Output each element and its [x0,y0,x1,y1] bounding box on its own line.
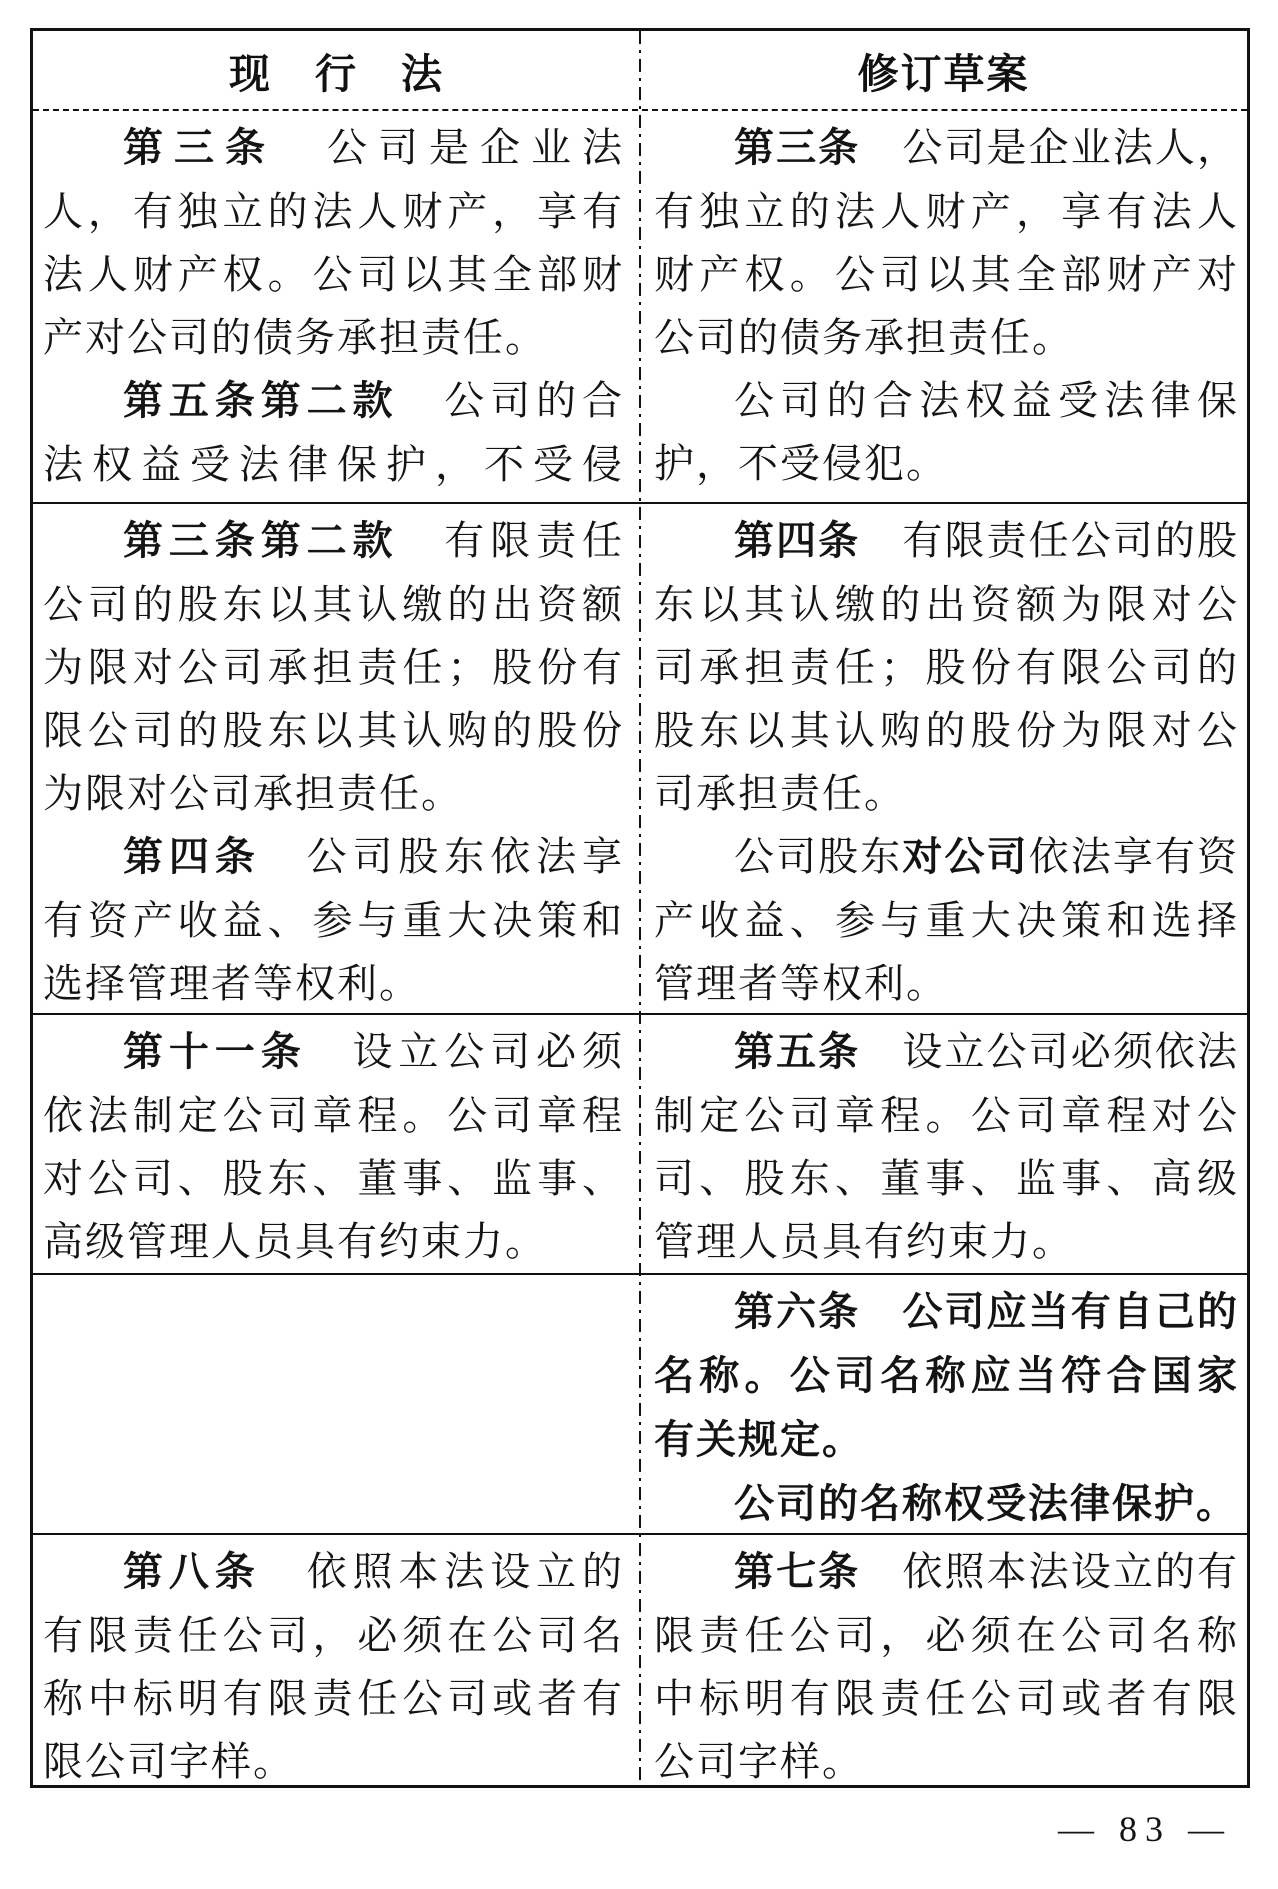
emphasized-text: 第八条 [123,1550,261,1594]
emphasized-text: 第三条 [734,126,860,170]
paragraph: 第四条 有限责任公司的股东以其认缴的出资额为限对公司承担责任；股份有限公司的股东… [654,509,1239,825]
paragraph: 第三条 公司是企业法人，有独立的法人财产，享有法人财产权。公司以其全部财产对公司… [654,116,1239,369]
paragraph: 公司的合法权益受法律保护，不受侵犯。 [654,369,1239,495]
emphasized-text: 第四条 [734,519,860,563]
cell-current-law: 第三条 公司是企业法人，有独立的法人财产，享有法人财产权。公司以其全部财产对公司… [33,111,640,502]
emphasized-text: 第七条 [734,1550,860,1594]
header-revision-draft: 修订草案 [640,31,1247,109]
cell-current-law [33,1275,640,1533]
emphasized-text: 第五条第二款 [123,379,398,423]
cell-revision-draft: 第三条 公司是企业法人，有独立的法人财产，享有法人财产权。公司以其全部财产对公司… [640,111,1247,502]
emphasized-text: 公司的名称权受法律保护。 [734,1482,1238,1526]
cell-revision-draft: 第四条 有限责任公司的股东以其认缴的出资额为限对公司承担责任；股份有限公司的股东… [640,504,1247,1013]
cell-revision-draft: 第五条 设立公司必须依法制定公司章程。公司章程对公司、股东、董事、监事、高级管理… [640,1015,1247,1273]
paragraph: 公司股东对公司依法享有资产收益、参与重大决策和选择管理者等权利。 [654,825,1239,1013]
paragraph: 第五条 设立公司必须依法制定公司章程。公司章程对公司、股东、董事、监事、高级管理… [654,1020,1239,1273]
emphasized-text: 第六条 [734,1290,860,1334]
paragraph: 第六条 公司应当有自己的名称。公司名称应当符合国家有关规定。 [654,1280,1239,1472]
paragraph: 公司的名称权受法律保护。 [654,1472,1239,1533]
paragraph: 第八条 依照本法设立的有限责任公司，必须在公司名称中标明有限责任公司或者有限公司… [43,1540,624,1788]
paragraph: 第十一条 设立公司必须依法制定公司章程。公司章程对公司、股东、董事、监事、高级管… [43,1020,624,1273]
body-text: 公司的合法权益受法律保护，不受侵犯。 [654,378,1239,486]
paragraph: 第三条第二款 有限责任公司的股东以其认缴的出资额为限对公司承担责任；股份有限公司… [43,509,624,825]
cell-revision-draft: 第六条 公司应当有自己的名称。公司名称应当符合国家有关规定。公司的名称权受法律保… [640,1275,1247,1533]
comparison-table: 现 行 法 修订草案 第三条 公司是企业法人，有独立的法人财产，享有法人财产权。… [30,28,1250,1788]
paragraph: 第五条第二款 公司的合法权益受法律保护，不受侵犯。 [43,369,624,502]
emphasized-text: 第五条 [734,1030,860,1074]
emphasized-text: 第四条 [123,835,261,879]
paragraph: 第三条 公司是企业法人，有独立的法人财产，享有法人财产权。公司以其全部财产对公司… [43,116,624,369]
paragraph: 第四条 公司股东依法享有资产收益、参与重大决策和选择管理者等权利。 [43,825,624,1013]
cell-current-law: 第三条第二款 有限责任公司的股东以其认缴的出资额为限对公司承担责任；股份有限公司… [33,504,640,1013]
paragraph: 第七条 依照本法设立的有限责任公司，必须在公司名称中标明有限责任公司或者有限公司… [654,1540,1239,1788]
column-divider-line [639,31,641,1785]
body-text: 公司股东 [734,834,902,879]
cell-current-law: 第八条 依照本法设立的有限责任公司，必须在公司名称中标明有限责任公司或者有限公司… [33,1535,640,1788]
emphasized-text: 第十一条 [123,1030,307,1074]
emphasized-text: 第三条第二款 [123,519,398,563]
cell-current-law: 第十一条 设立公司必须依法制定公司章程。公司章程对公司、股东、董事、监事、高级管… [33,1015,640,1273]
page-number: — 83 — [1058,1808,1232,1850]
emphasized-text: 对公司 [902,835,1028,879]
emphasized-text: 第三条 [123,126,276,170]
cell-revision-draft: 第七条 依照本法设立的有限责任公司，必须在公司名称中标明有限责任公司或者有限公司… [640,1535,1247,1788]
header-current-law: 现 行 法 [33,31,640,109]
